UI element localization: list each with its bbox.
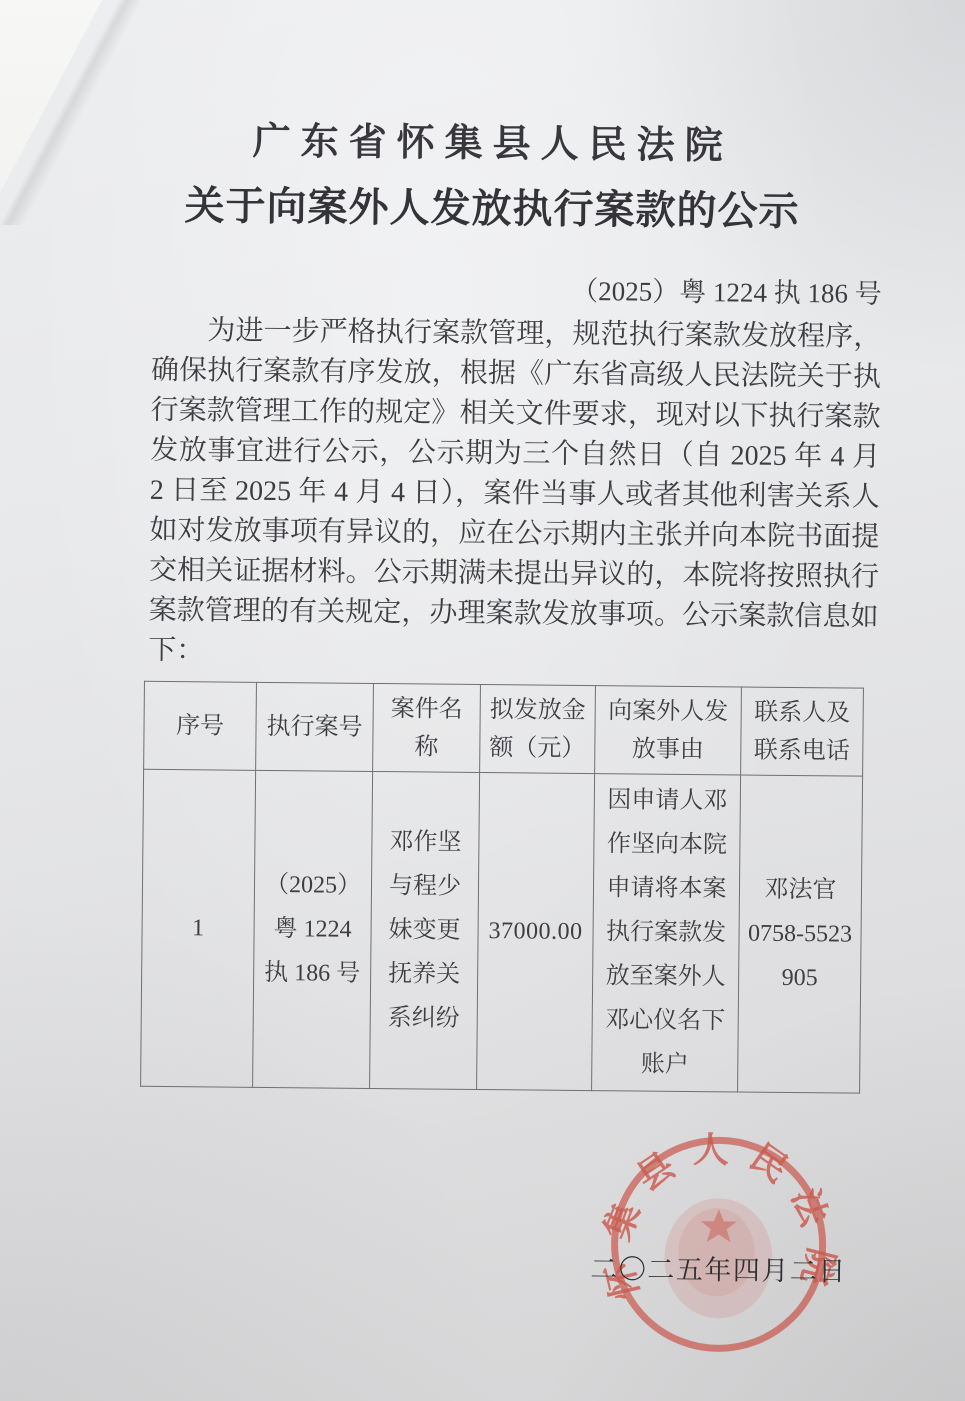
case-no-cell: （2025）粤 1224 执 186 号 <box>253 770 373 1088</box>
issue-date: 二〇二五年四月二日 <box>590 1247 847 1288</box>
document-photo: 广东省怀集县人民法院 关于向案外人发放执行案款的公示 （2025）粤 1224 … <box>0 0 965 1401</box>
seq-cell: 1 <box>141 769 256 1087</box>
amount-cell: 37000.00 <box>477 773 595 1091</box>
case-number: （2025）粤 1224 执 186 号 <box>4 263 965 311</box>
contact-phone: 0758-5523905 <box>746 912 854 1001</box>
case-name-cell: 邓作坚与程少妹变更抚养关系纠纷 <box>370 771 480 1089</box>
header-contact: 联系人及联系电话 <box>741 687 864 776</box>
reason-cell: 因申请人邓作坚向本院申请将本案执行案款发放至案外人邓心仪名下账户 <box>592 774 741 1092</box>
official-court-seal-icon: 怀集县人民法院 <box>597 1123 839 1365</box>
notice-body: 为进一步严格执行案款管理，规范执行案款发放程序，确保执行案款有序发放，根据《广东… <box>148 311 881 678</box>
header-seq: 序号 <box>144 681 257 770</box>
header-case-no: 执行案号 <box>256 682 374 771</box>
court-name-title: 广东省怀集县人民法院 <box>75 108 910 171</box>
header-reason: 向案外人发放事由 <box>595 686 742 775</box>
contact-cell: 邓法官 0758-5523905 <box>738 775 863 1093</box>
table-header-row: 序号 执行案号 案件名称 拟发放金额（元） 向案外人发放事由 联系人及联系电话 <box>144 681 864 776</box>
contact-name: 邓法官 <box>747 868 854 913</box>
court-paper: 广东省怀集县人民法院 关于向案外人发放执行案款的公示 （2025）粤 1224 … <box>0 0 965 1401</box>
table-row: 1 （2025）粤 1224 执 186 号 邓作坚与程少妹变更抚养关系纠纷 3… <box>141 769 863 1093</box>
notice-table: 序号 执行案号 案件名称 拟发放金额（元） 向案外人发放事由 联系人及联系电话 … <box>140 681 864 1094</box>
notice-title: 关于向案外人发放执行案款的公示 <box>74 173 910 238</box>
header-amount: 拟发放金额（元） <box>480 685 596 774</box>
header-case-name: 案件名称 <box>373 683 481 772</box>
